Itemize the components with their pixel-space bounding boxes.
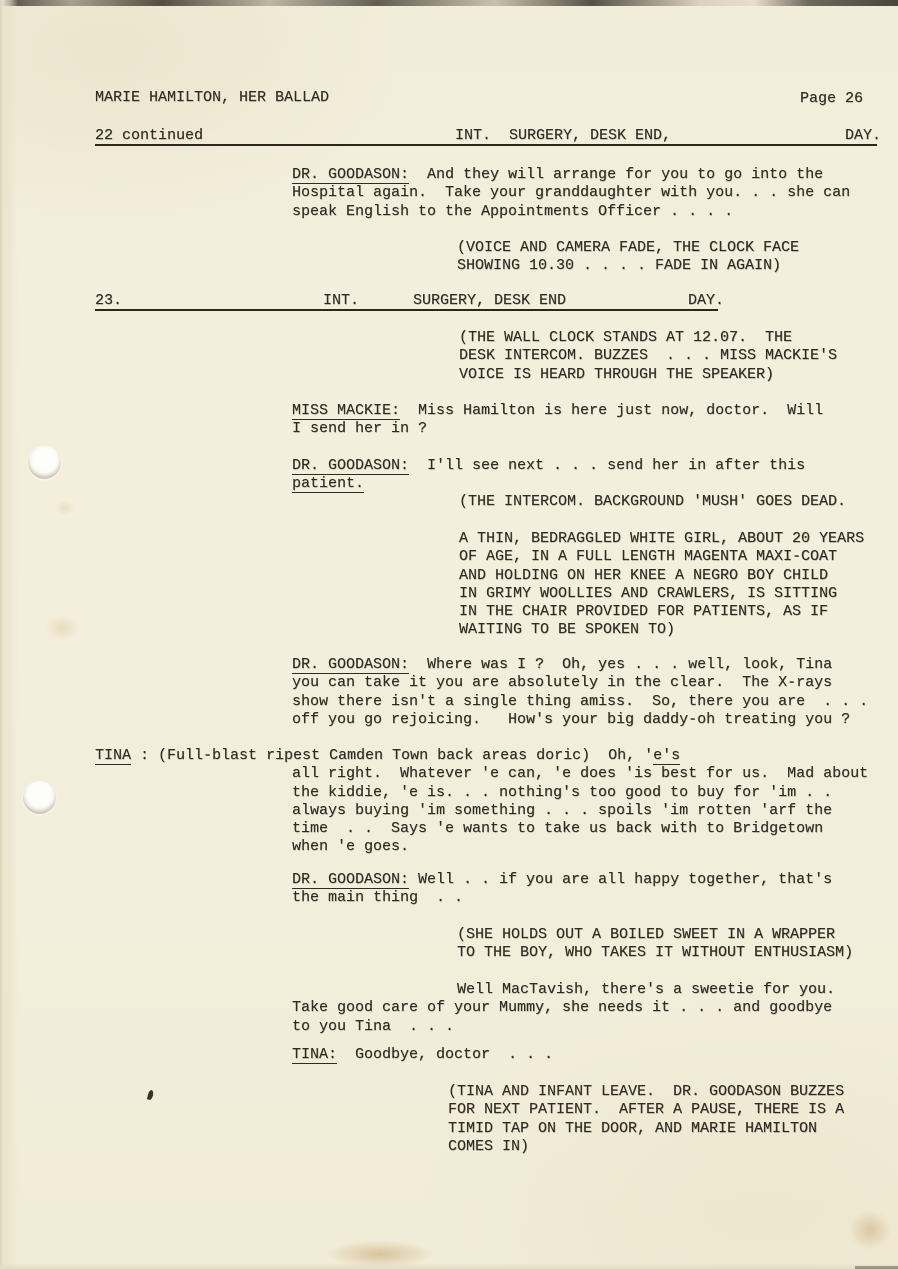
speech-tina-2: TINA: Goodbye, doctor . . . — [292, 1046, 553, 1064]
punch-hole-top — [28, 446, 61, 479]
speaker-name: MISS MACKIE: — [292, 402, 400, 420]
scene-number: 22 continued — [95, 127, 203, 145]
stage-direction-clock: (THE WALL CLOCK STANDS AT 12.07. THE DES… — [459, 329, 837, 384]
speech-goodason-2: DR. GOODASON: I'll see next . . . send h… — [292, 457, 805, 494]
speaker-name: DR. GOODASON: — [292, 871, 409, 889]
stain — [55, 500, 75, 516]
scene-time: DAY. — [688, 292, 724, 310]
speaker-name: DR. GOODASON: — [292, 166, 409, 184]
speech-goodason-3: DR. GOODASON: Where was I ? Oh, yes . . … — [292, 656, 868, 729]
scan-top-edge — [0, 0, 898, 6]
scene-time: DAY. — [845, 127, 881, 145]
scan-left-edge — [0, 0, 18, 1269]
speaker-name: TINA: — [292, 1046, 337, 1064]
page-number: Page 26 — [800, 90, 863, 108]
scene-heading-22: 22 continued INT. SURGERY, DESK END, DAY… — [95, 127, 877, 146]
speech-tina-1: TINA : (Full-blast ripest Camden Town ba… — [95, 747, 868, 857]
punch-hole-bottom — [23, 781, 56, 814]
scene-heading-23: 23. INT. SURGERY, DESK END DAY. — [95, 292, 718, 311]
scene-location: SURGERY, DESK END — [413, 292, 566, 310]
stage-direction-girl: A THIN, BEDRAGGLED WHITE GIRL, ABOUT 20 … — [459, 530, 864, 640]
stage-direction-sweet: (SHE HOLDS OUT A BOILED SWEET IN A WRAPP… — [457, 926, 853, 963]
stain — [45, 615, 79, 641]
speech-goodason-5: Well MacTavish, there's a sweetie for yo… — [292, 981, 835, 1036]
stage-direction-intercom-dead: (THE INTERCOM. BACKGROUND 'MUSH' GOES DE… — [459, 493, 846, 511]
speech-mackie: MISS MACKIE: Miss Hamilton is here just … — [292, 402, 823, 439]
ink-mark — [147, 1090, 154, 1101]
script-page: MARIE HAMILTON, HER BALLAD Page 26 22 co… — [0, 0, 898, 1269]
speech-goodason-4: DR. GOODASON: Well . . if you are all ha… — [292, 871, 832, 908]
scene-int: INT. — [323, 292, 359, 310]
speaker-name: DR. GOODASON: — [292, 457, 409, 475]
scene-number: 23. — [95, 292, 122, 310]
speech-goodason-1: DR. GOODASON: And they will arrange for … — [292, 166, 850, 221]
page-title: MARIE HAMILTON, HER BALLAD — [95, 89, 329, 107]
stage-direction-fade: (VOICE AND CAMERA FADE, THE CLOCK FACE S… — [457, 239, 799, 276]
speaker-name: DR. GOODASON: — [292, 656, 409, 674]
speaker-name: TINA — [95, 747, 131, 765]
scene-location: INT. SURGERY, DESK END, — [455, 127, 671, 145]
stage-direction-exit: (TINA AND INFANT LEAVE. DR. GOODASON BUZ… — [448, 1083, 844, 1156]
stain — [848, 1210, 892, 1250]
scan-bottom-edge — [0, 1263, 898, 1269]
